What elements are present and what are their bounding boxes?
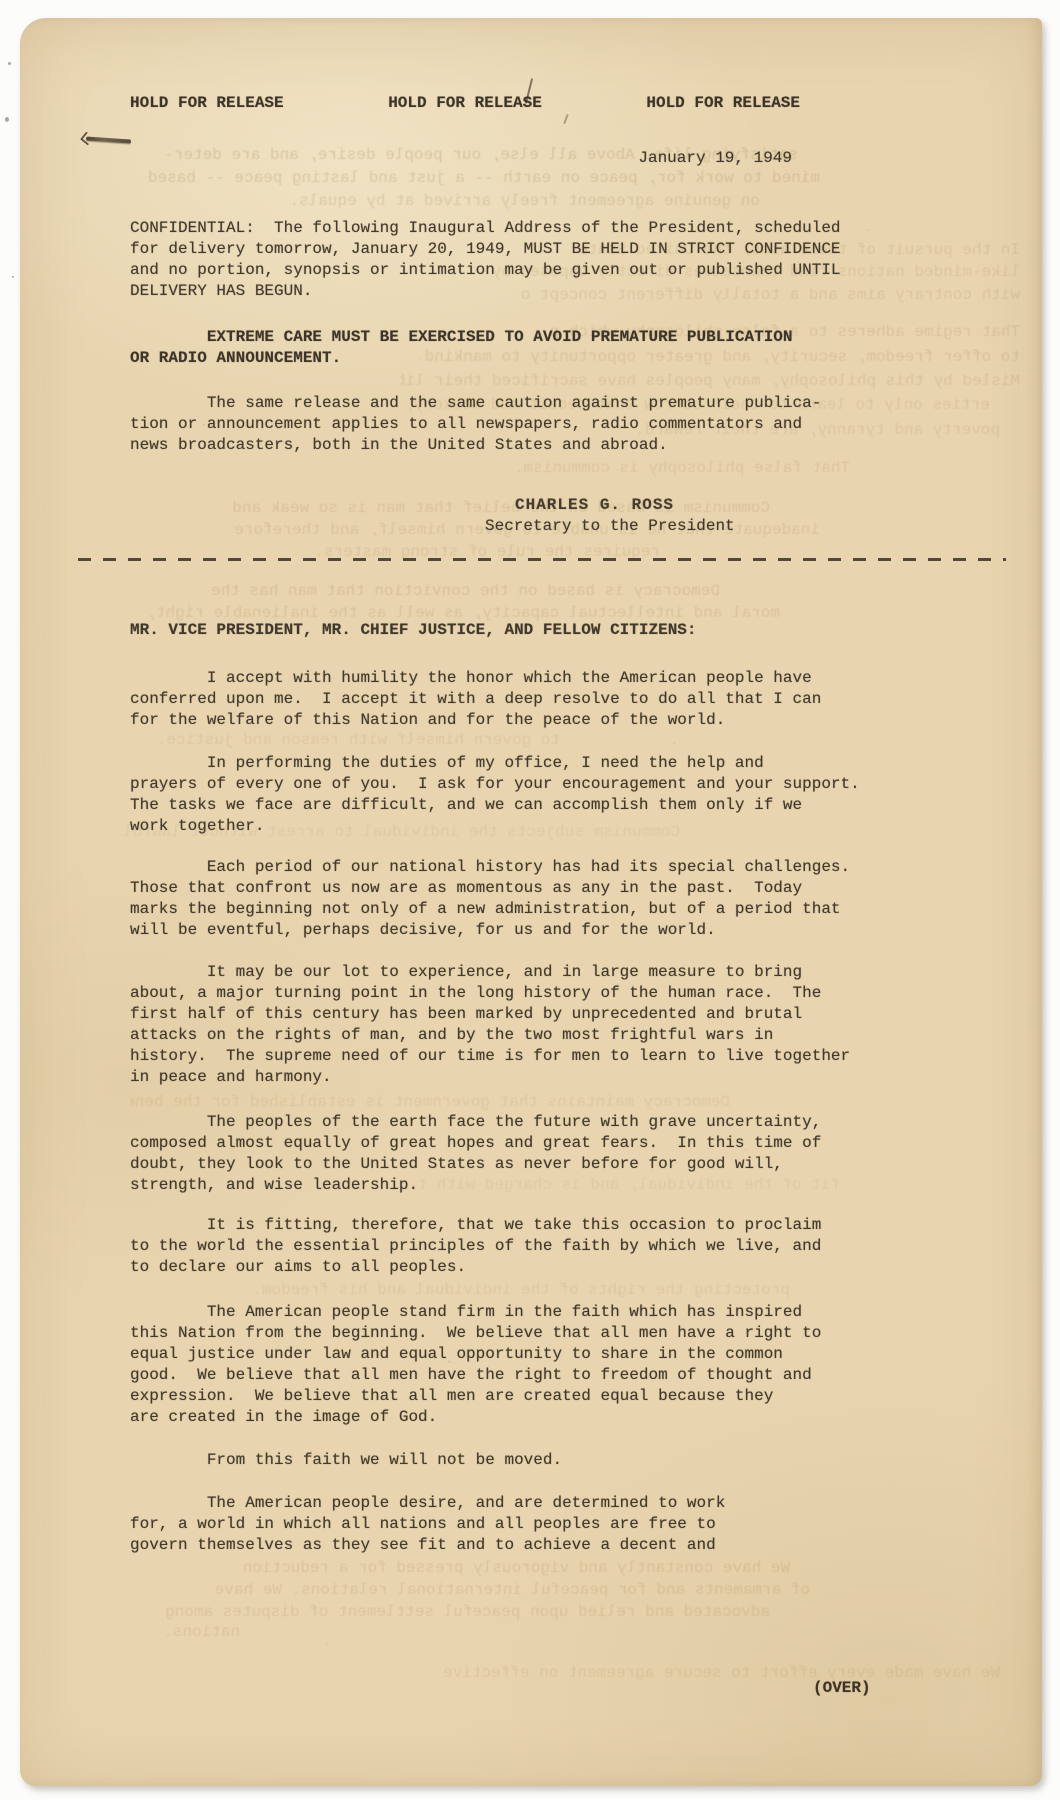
speech-paragraph: The American people stand firm in the fa… — [130, 1302, 890, 1428]
hold-for-release-label: HOLD FOR RELEASE — [646, 93, 800, 114]
dashed-separator — [78, 558, 1006, 561]
scan-speck — [8, 62, 11, 65]
confidential-notice: CONFIDENTIAL: The following Inaugural Ad… — [130, 218, 890, 302]
release-date: January 19, 1949 — [130, 148, 792, 169]
scan-speck — [5, 117, 9, 122]
typed-content: HOLD FOR RELEASE HOLD FOR RELEASE HOLD F… — [20, 18, 890, 1699]
extreme-care-notice: EXTREME CARE MUST BE EXERCISED TO AVOID … — [130, 327, 890, 369]
speech-paragraph: I accept with humility the honor which t… — [130, 668, 890, 731]
speech-paragraph: The American people desire, and are dete… — [130, 1493, 890, 1556]
signature-block: CHARLES G. ROSS Secretary to the Preside… — [485, 495, 890, 537]
signature-title: Secretary to the President — [485, 516, 890, 537]
speech-paragraph: It is fitting, therefore, that we take t… — [130, 1215, 890, 1278]
hold-for-release-label: HOLD FOR RELEASE — [130, 93, 284, 114]
over-marker: (OVER) — [813, 1678, 890, 1699]
salutation: MR. VICE PRESIDENT, MR. CHIEF JUSTICE, A… — [130, 620, 890, 641]
same-release-notice: The same release and the same caution ag… — [130, 393, 890, 456]
speech-paragraph: From this faith we will not be moved. — [130, 1450, 890, 1471]
hold-for-release-label: HOLD FOR RELEASE — [388, 93, 542, 114]
speech-paragraph: It may be our lot to experience, and in … — [130, 962, 890, 1088]
speech-paragraph: Each period of our national history has … — [130, 857, 890, 941]
speech-paragraph: The peoples of the earth face the future… — [130, 1112, 890, 1196]
scan-speck — [12, 276, 14, 278]
document-page: satisfying life. Above all else, our peo… — [20, 18, 1042, 1786]
speech-paragraph: In performing the duties of my office, I… — [130, 753, 890, 837]
signature-name: CHARLES G. ROSS — [515, 495, 890, 516]
hold-for-release-row: HOLD FOR RELEASE HOLD FOR RELEASE HOLD F… — [130, 93, 800, 114]
scanned-document: satisfying life. Above all else, our peo… — [0, 0, 1060, 1800]
